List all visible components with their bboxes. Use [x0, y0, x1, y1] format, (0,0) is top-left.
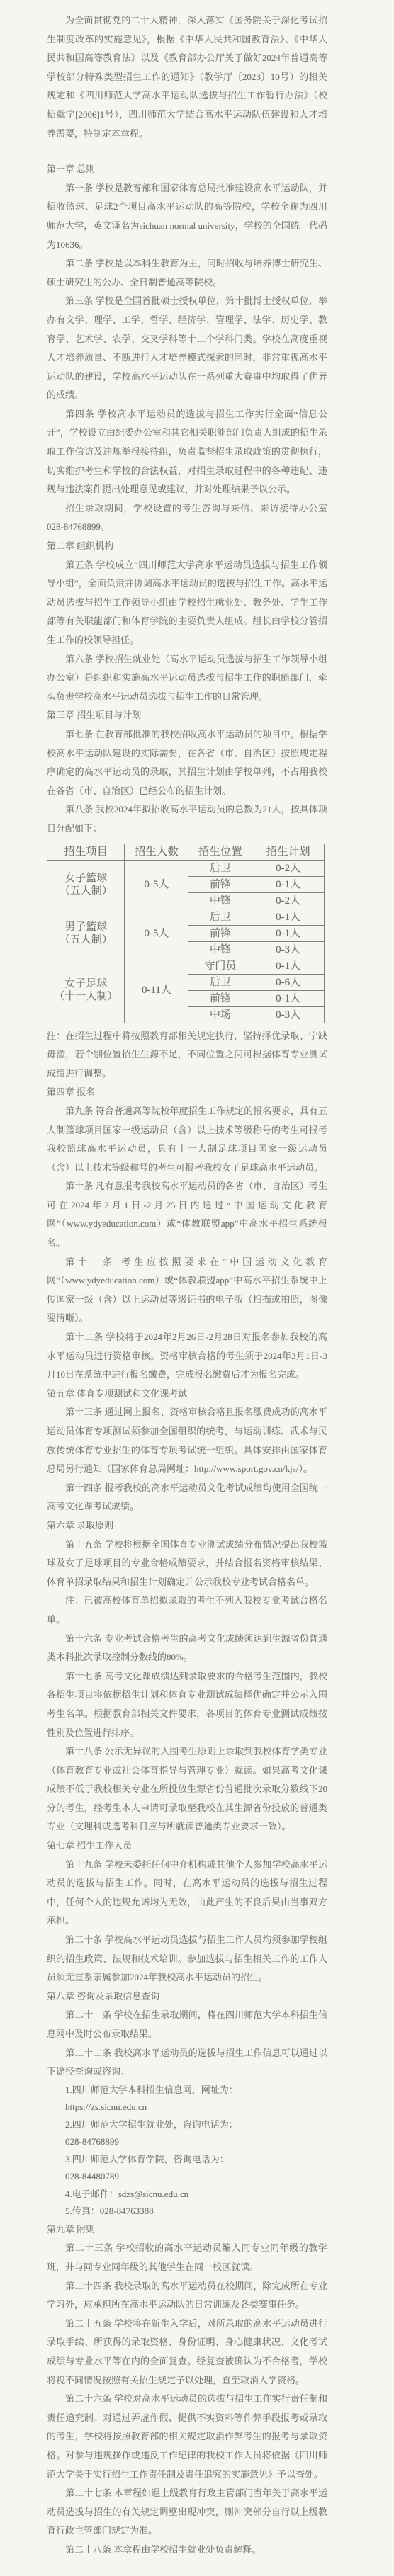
position-cell: 中锋	[188, 941, 252, 958]
table-header-cell: 招生人数	[125, 844, 188, 860]
plan-cell: 0-2人	[252, 892, 325, 909]
doc-paragraph: 为全面贯彻党的二十大精神，深入落实《国务院关于深化考试招生制度改革的实施意见》，…	[47, 11, 327, 143]
position-cell: 守门员	[188, 958, 252, 974]
plan-cell: 0-1人	[252, 909, 325, 925]
count-cell: 0-5人	[125, 860, 188, 909]
enrollment-plan-table: 招生项目招生人数招生位置招生计划女子篮球 （五人制）0-5人后卫0-2人前锋0-…	[47, 844, 325, 1023]
chapter-heading: 第八章 咨询及录取信息查询	[47, 1987, 327, 2007]
position-cell: 前锋	[188, 925, 252, 941]
doc-paragraph: 第六条 学校招生就业处（高水平运动员选拔与招生工作领导小组办公室）是组织和实施高…	[47, 650, 327, 707]
chapter-heading: 第三章 招生项目与计划	[47, 706, 327, 725]
doc-paragraph: 第二十三条 学校招收的高水平运动员编入同专业同年级的教学班，并与同专业同年级的其…	[47, 2239, 327, 2276]
position-cell: 中锋	[188, 892, 252, 909]
chapter-heading: 第六章 录取原则	[47, 1516, 327, 1536]
doc-paragraph: 第十五条 学校将根据全国体育专业测试成绩分布情况提出我校篮球及女子足球项目的专业…	[47, 1536, 327, 1592]
doc-paragraph: 招生录取期间，学校设置的考生咨询与来信、来访接待办公室 028-84768899…	[47, 499, 327, 537]
chapter-heading: 第七章 招生工作人员	[47, 1837, 327, 1856]
position-cell: 后卫	[188, 909, 252, 925]
doc-paragraph: 第二十六条 学校对高水平运动员的选拔与招生工作实行责任制和责任追究制。对通过弄虚…	[47, 2390, 327, 2484]
table-row: 男子篮球 （五人制）0-5人后卫0-1人	[47, 909, 325, 925]
project-cell: 女子篮球 （五人制）	[47, 860, 125, 909]
position-cell: 后卫	[188, 974, 252, 990]
contact-line: 4.电子邮件：sdzs@sicnu.edu.cn	[65, 2186, 327, 2203]
table-row: 女子篮球 （五人制）0-5人后卫0-2人	[47, 860, 325, 876]
contact-line: https://zs.sicnu.edu.cn	[65, 2099, 327, 2116]
plan-cell: 0-6人	[252, 974, 325, 990]
doc-paragraph: 第九条 符合普通高等院校年度招生工作规定的报名要求，具有五人制篮球项目国家一级运…	[47, 1102, 327, 1177]
doc-paragraph: 第八条 我校2024年拟招收高水平运动员的总数为21人，按具体项目分配如下：	[47, 800, 327, 838]
doc-paragraph: 第十八条 公示无异议的入围考生原则上录取到我校体育学类专业（体育教育专业或社会体…	[47, 1742, 327, 1837]
plan-cell: 0-1人	[252, 958, 325, 974]
doc-paragraph: 第二十四条 我校录取的高水平运动员在校期间，除完成所在专业学习外，应承担所在高水…	[47, 2277, 327, 2315]
doc-paragraph: 第五条 学校成立“四川师范大学高水平运动员选拔与招生工作领导小组”，全面负责并协…	[47, 556, 327, 650]
doc-paragraph: 第十条 凡有意报考我校高水平运动员的各省（市、自治区）考生可在2024年2月1日…	[47, 1177, 327, 1252]
plan-cell: 0-3人	[252, 1006, 325, 1023]
table-header-row: 招生项目招生人数招生位置招生计划	[47, 844, 325, 860]
contact-line: 1.四川师范大学本科招生信息网，网址为：	[65, 2082, 327, 2099]
position-cell: 前锋	[188, 990, 252, 1006]
doc-paragraph: 第二十七条 本章程如遇上级教育行政主管部门当年关于高水平运动员选拔与招生的有关规…	[47, 2484, 327, 2541]
doc-paragraph: 第七条 在教育部批准的我校招收高水平运动员的项目中，根据学校高水平运动队建设的实…	[47, 725, 327, 800]
doc-paragraph: 第三条 学校是全国首批硕士授权单位，第十批博士授权单位，举办有文学、理学、工学、…	[47, 292, 327, 405]
doc-paragraph: 第十三条 通过网上报名、资格审核合格且报名缴费成功的高水平运动员体育专项测试须参…	[47, 1403, 327, 1478]
document-body: 为全面贯彻党的二十大精神，深入落实《国务院关于深化考试招生制度改革的实施意见》，…	[47, 11, 327, 2559]
table-header-cell: 招生计划	[252, 844, 325, 860]
position-cell: 前锋	[188, 876, 252, 892]
doc-paragraph: 第十二条 学校将于2024年2月26日-2月28日对报名参加我校的高水平运动员进…	[47, 1328, 327, 1385]
table-header-cell: 招生位置	[188, 844, 252, 860]
position-cell: 后卫	[188, 860, 252, 876]
doc-paragraph: 注：已被高校体育单招拟录取的考生不列入我校专业考试合格名单。	[47, 1591, 327, 1629]
doc-paragraph: 第二十八条 本章程由学校招生就业处负责解释。	[47, 2541, 327, 2560]
position-cell: 中场	[188, 1006, 252, 1023]
chapter-heading: 第一章 总则	[47, 160, 327, 179]
table-header-cell: 招生项目	[47, 844, 125, 860]
count-cell: 0-5人	[125, 909, 188, 958]
doc-paragraph: 第一条 学校是教育部和国家体育总局批准建设高水平运动队，并招收篮球、足球2个项目…	[47, 179, 327, 254]
contact-line: 3.四川师范大学体育学院，咨询电话为：	[65, 2151, 327, 2169]
doc-note: 注：在招生过程中将按照教育部相关规定执行，坚持择优录取、宁缺毋滥，若个别位置招生…	[47, 1027, 327, 1084]
contact-line: 028-84480789	[65, 2168, 327, 2186]
plan-cell: 0-1人	[252, 876, 325, 892]
project-cell: 男子篮球 （五人制）	[47, 909, 125, 958]
chapter-heading: 第五章 体育专项测试和文化课考试	[47, 1385, 327, 1404]
doc-paragraph: 第十七条 高考文化课成绩达到录取要求的合格考生范围内，我校各招生项目将依据招生计…	[47, 1667, 327, 1742]
contact-line: 5.传真：028-84763388	[65, 2203, 327, 2220]
chapter-heading: 第九章 附则	[47, 2220, 327, 2240]
contact-line: 028-84768899	[65, 2133, 327, 2151]
plan-cell: 0-3人	[252, 941, 325, 958]
doc-paragraph: 第二十五条 学校将在新生入学后，对所录取的高水平运动员进行录取手续、所获得的录取…	[47, 2315, 327, 2390]
project-cell: 女子足球 （十一人制）	[47, 958, 125, 1023]
plan-cell: 0-2人	[252, 860, 325, 876]
doc-paragraph: 第十四条 报考我校的高水平运动员文化考试成绩均使用全国统一高考文化课考试成绩。	[47, 1479, 327, 1516]
doc-paragraph: 第二十二条 我校高水平运动员的选拔与招生工作信息可以通过以下途径查询或咨询：	[47, 2044, 327, 2082]
table-row: 女子足球 （十一人制）0-11人守门员0-1人	[47, 958, 325, 974]
document-page: 为全面贯彻党的二十大精神，深入落实《国务院关于深化考试招生制度改革的实施意见》，…	[0, 0, 394, 2576]
doc-paragraph: 第十一条 考生应按照要求在“中国运动文化教育网”（www.ydyeducatio…	[47, 1253, 327, 1328]
doc-paragraph: 第二十条 学校高水平运动员选拔与招生工作人员均须参加学校组织的招生政策、法规和技…	[47, 1931, 327, 1987]
chapter-heading: 第二章 组织机构	[47, 537, 327, 556]
plan-cell: 0-1人	[252, 990, 325, 1006]
doc-paragraph: 第二十一条 学校在招生录取期间，将在四川师范大学本科招生信息网中及时公布录取结果…	[47, 2006, 327, 2043]
doc-paragraph: 第十九条 学校未委托任何中介机构或其他个人参加学校高水平运动员的选拔与招生工作。…	[47, 1856, 327, 1931]
chapter-heading: 第四章 报名	[47, 1083, 327, 1102]
plan-cell: 0-1人	[252, 925, 325, 941]
contact-line: 2.四川师范大学招生就业处，咨询电话为：	[65, 2116, 327, 2134]
doc-paragraph: 第二条 学校是以本科生教育为主，同时招收与培养博士研究生、硕士研究生的公办、全日…	[47, 254, 327, 292]
doc-paragraph: 第十六条 专业考试合格考生的高考文化成绩须达到生源省份普通类本科批次录取控制分数…	[47, 1630, 327, 1667]
count-cell: 0-11人	[125, 958, 188, 1023]
doc-paragraph: 第四条 学校高水平运动员的选拔与招生工作实行全面“信息公开”，学校设立由纪委办公…	[47, 405, 327, 499]
